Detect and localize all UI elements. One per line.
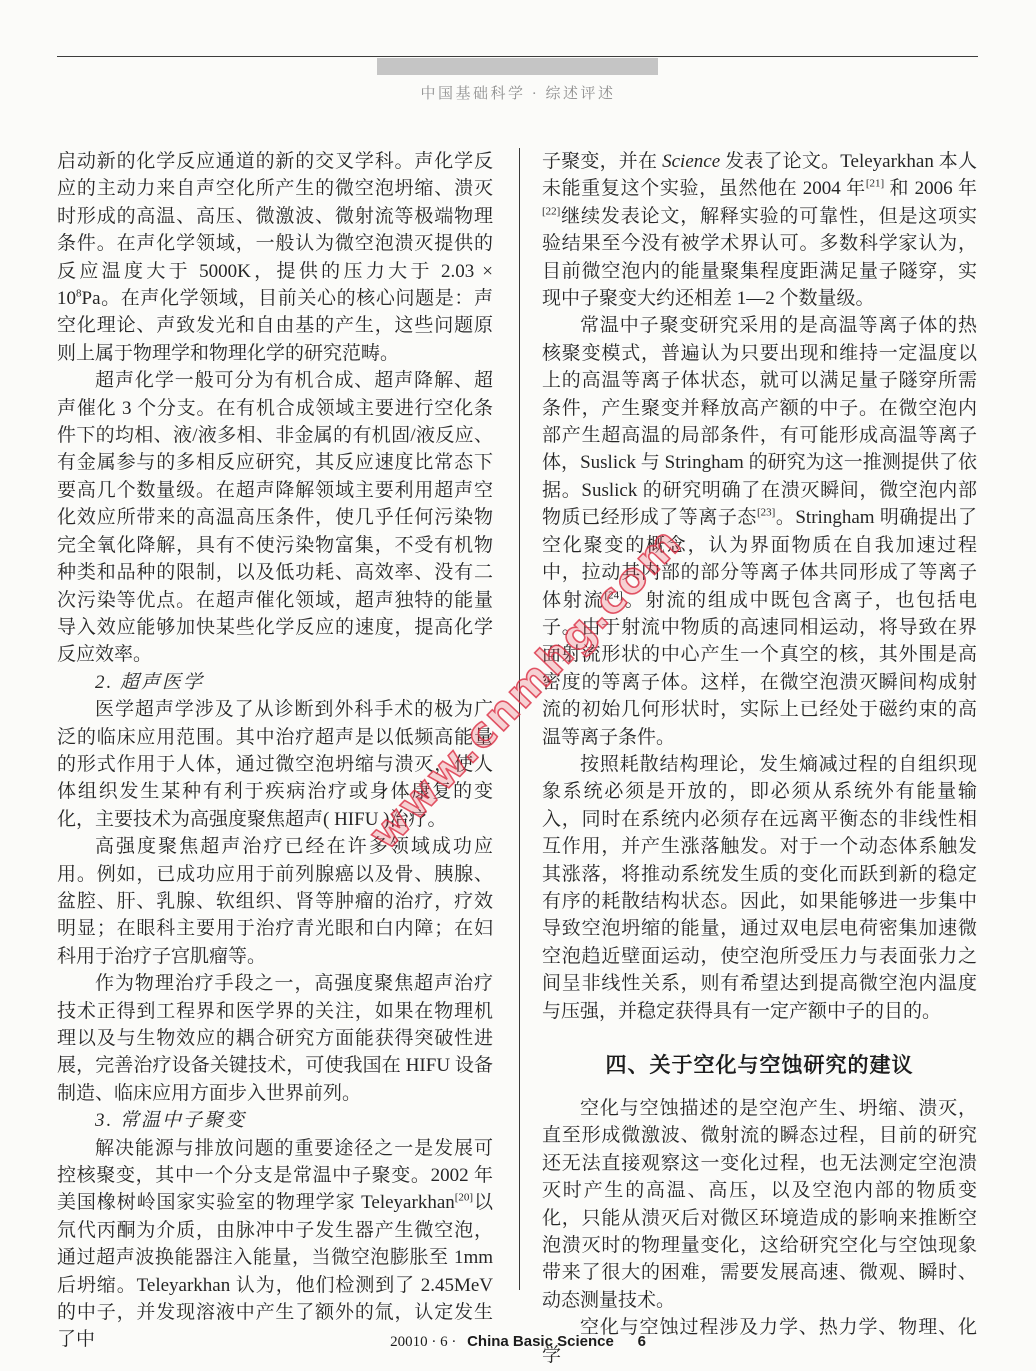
text-run: 子聚变，并在 bbox=[542, 151, 662, 172]
text-run: Pa。在声化学领域，目前关心的核心问题是：声空化理论、声致发光和自由基的产生，这… bbox=[57, 288, 493, 364]
text-run: 按照耗散结构理论，发生熵减过程的自组织现象系统必须是开放的，即必须从系统外有能量… bbox=[542, 754, 977, 1022]
section-heading: 四、关于空化与空蚀研究的建议 bbox=[542, 1049, 977, 1079]
article-body: 启动新的化学反应通道的新的交叉学科。声化学反应的主动力来自声空化所产生的微空泡坍… bbox=[57, 148, 978, 1369]
journal-page: 中国基础科学 · 综述评述 启动新的化学反应通道的新的交叉学科。声化学反应的主动… bbox=[0, 0, 1036, 1371]
reference-superscript: [22] bbox=[542, 205, 560, 217]
reference-superscript: [24] bbox=[605, 589, 623, 601]
text-run: 继续发表论文，解释实验的可靠性，但是这项实验结果至今没有被学术界认可。多数科学家… bbox=[542, 206, 977, 309]
paragraph: 高强度聚焦超声治疗已经在许多领域成功应用。例如，已成功应用于前列腺癌以及骨、胰腺… bbox=[57, 833, 493, 970]
journal-section-header: 中国基础科学 · 综述评述 bbox=[0, 82, 1036, 103]
paragraph: 作为物理治疗手段之一，高强度聚焦超声治疗技术正得到工程界和医学界的关注，如果在物… bbox=[57, 970, 493, 1107]
paragraph: 常温中子聚变研究采用的是高温等离子体的热核聚变模式，普遍认为只要出现和维持一定温… bbox=[542, 312, 977, 751]
header-rule bbox=[57, 56, 978, 57]
reference-superscript: [23] bbox=[757, 507, 775, 519]
paragraph: 子聚变，并在 Science 发表了论文。Teleyarkhan 本人未能重复这… bbox=[542, 148, 977, 312]
column-divider bbox=[519, 148, 520, 1290]
footer-journal-name: China Basic Science bbox=[467, 1333, 614, 1350]
text-run: 空化与空蚀描述的是空泡产生、坍缩、溃灭，直至形成微激波、微射流的瞬态过程，目前的… bbox=[542, 1098, 977, 1311]
left-column: 启动新的化学反应通道的新的交叉学科。声化学反应的主动力来自声空化所产生的微空泡坍… bbox=[57, 148, 493, 1354]
text-run: 医学超声学涉及了从诊断到外科手术的极为广泛的临床应用范围。其中治疗超声是以低频高… bbox=[57, 699, 493, 830]
paragraph: 启动新的化学反应通道的新的交叉学科。声化学反应的主动力来自声空化所产生的微空泡坍… bbox=[57, 148, 493, 367]
reference-superscript: [21] bbox=[866, 178, 884, 190]
paragraph: 超声化学一般可分为有机合成、超声降解、超声催化 3 个分支。在有机合成领域主要进… bbox=[57, 367, 493, 668]
paragraph: 解决能源与排放问题的重要途径之一是发展可控核聚变，其中一个分支是常温中子聚变。2… bbox=[57, 1135, 493, 1354]
text-run: 超声化学一般可分为有机合成、超声降解、超声催化 3 个分支。在有机合成领域主要进… bbox=[57, 370, 493, 665]
text-run: 解决能源与排放问题的重要途径之一是发展可控核聚变，其中一个分支是常温中子聚变。2… bbox=[57, 1138, 493, 1214]
reference-superscript: [20] bbox=[455, 1192, 473, 1204]
text-run: 。射流的组成中既包含离子，也包括电子。由于射流中物质的高速同相运动，将导致在界面… bbox=[542, 590, 977, 748]
text-run: 启动新的化学反应通道的新的交叉学科。声化学反应的主动力来自声空化所产生的微空泡坍… bbox=[57, 151, 493, 309]
italic-term: Science bbox=[662, 151, 720, 172]
text-run: 常温中子聚变研究采用的是高温等离子体的热核聚变模式，普遍认为只要出现和维持一定温… bbox=[542, 315, 977, 528]
page-footer: 20010 · 6 · China Basic Science 6 bbox=[0, 1333, 1036, 1351]
text-run: 高强度聚焦超声治疗已经在许多领域成功应用。例如，已成功应用于前列腺癌以及骨、胰腺… bbox=[57, 836, 493, 967]
footer-issue: 20010 · 6 · bbox=[390, 1334, 456, 1350]
text-run: 和 2006 年 bbox=[884, 178, 977, 199]
right-column: 子聚变，并在 Science 发表了论文。Teleyarkhan 本人未能重复这… bbox=[542, 148, 977, 1369]
text-run: 作为物理治疗手段之一，高强度聚焦超声治疗技术正得到工程界和医学界的关注，如果在物… bbox=[57, 973, 493, 1104]
text-run: 以氘代丙酮为介质，由脉冲中子发生器产生微空泡，通过超声波换能器注入能量，当微空泡… bbox=[57, 1192, 493, 1350]
page-number: 6 bbox=[638, 1333, 646, 1350]
header-highlight-bar bbox=[377, 58, 658, 75]
subsection-heading: 3. 常温中子聚变 bbox=[57, 1107, 493, 1134]
paragraph: 医学超声学涉及了从诊断到外科手术的极为广泛的临床应用范围。其中治疗超声是以低频高… bbox=[57, 696, 493, 833]
subsection-heading: 2. 超声医学 bbox=[57, 669, 493, 696]
paragraph: 按照耗散结构理论，发生熵减过程的自组织现象系统必须是开放的，即必须从系统外有能量… bbox=[542, 751, 977, 1025]
paragraph: 空化与空蚀描述的是空泡产生、坍缩、溃灭，直至形成微激波、微射流的瞬态过程，目前的… bbox=[542, 1095, 977, 1314]
